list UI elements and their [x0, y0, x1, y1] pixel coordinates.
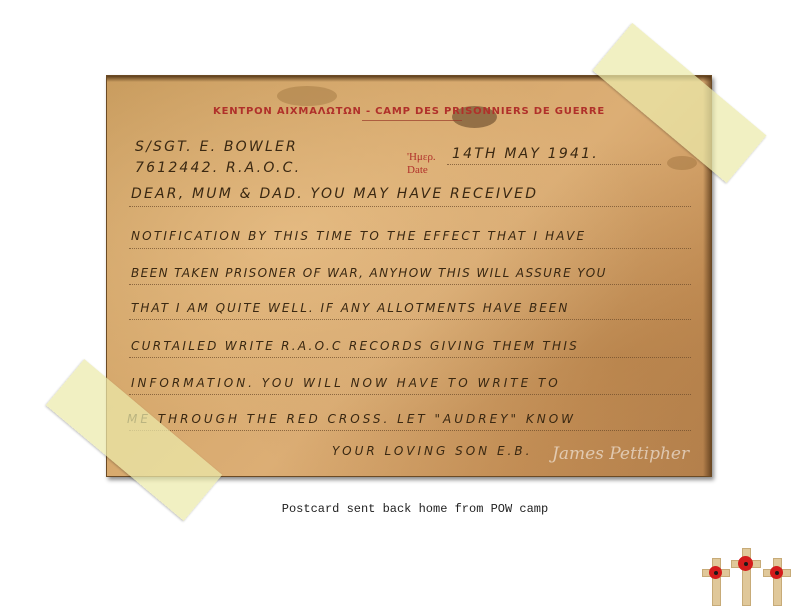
poppy-icon [738, 556, 753, 571]
message-signoff: YOUR LOVING SON E.B. [332, 444, 532, 458]
image-caption: Postcard sent back home from POW camp [0, 502, 800, 516]
date-line [447, 164, 661, 165]
cross-icon [731, 548, 761, 606]
postcard-header: ΚΕΝΤΡΟΝ ΑΙΧΜΑΛΩΤΩΝ - CAMP DES PRISONNIER… [107, 106, 711, 117]
message-line-6: INFORMATION. YOU WILL NOW HAVE TO WRITE … [131, 376, 561, 390]
message-line-2: NOTIFICATION BY THIS TIME TO THE EFFECT … [131, 229, 586, 243]
ruled-line [129, 394, 691, 395]
sender-number: 7612442. R.A.O.C. [135, 160, 301, 176]
ruled-line [129, 319, 691, 320]
cross-icon [763, 558, 791, 606]
message-line-5: CURTAILED WRITE R.A.O.C RECORDS GIVING T… [131, 339, 579, 353]
sender-name: S/SGT. E. BOWLER [135, 139, 298, 155]
ruled-line [129, 284, 691, 285]
message-line-4: THAT I AM QUITE WELL. IF ANY ALLOTMENTS … [131, 301, 569, 315]
photographer-watermark: James Pettipher [552, 444, 689, 464]
ruled-line [129, 206, 691, 207]
date-label-greek: 'Ημερ. [407, 151, 436, 164]
cross-icon [702, 558, 730, 606]
date-value: 14TH MAY 1941. [452, 146, 599, 162]
message-line-3: BEEN TAKEN PRISONER OF WAR, ANYHOW THIS … [131, 266, 607, 280]
header-underline [362, 120, 462, 121]
stain [667, 156, 697, 170]
date-label-english: Date [407, 164, 428, 177]
poppy-icon [709, 566, 722, 579]
ruled-line [129, 248, 691, 249]
ruled-line [129, 357, 691, 358]
poppy-icon [770, 566, 783, 579]
stain [277, 86, 337, 106]
message-line-1: DEAR, MUM & DAD. YOU MAY HAVE RECEIVED [131, 186, 538, 202]
message-line-7: ME THROUGH THE RED CROSS. LET "AUDREY" K… [127, 412, 576, 426]
postcard-image: ΚΕΝΤΡΟΝ ΑΙΧΜΑΛΩΤΩΝ - CAMP DES PRISONNIER… [106, 75, 712, 477]
ruled-line [129, 430, 691, 431]
